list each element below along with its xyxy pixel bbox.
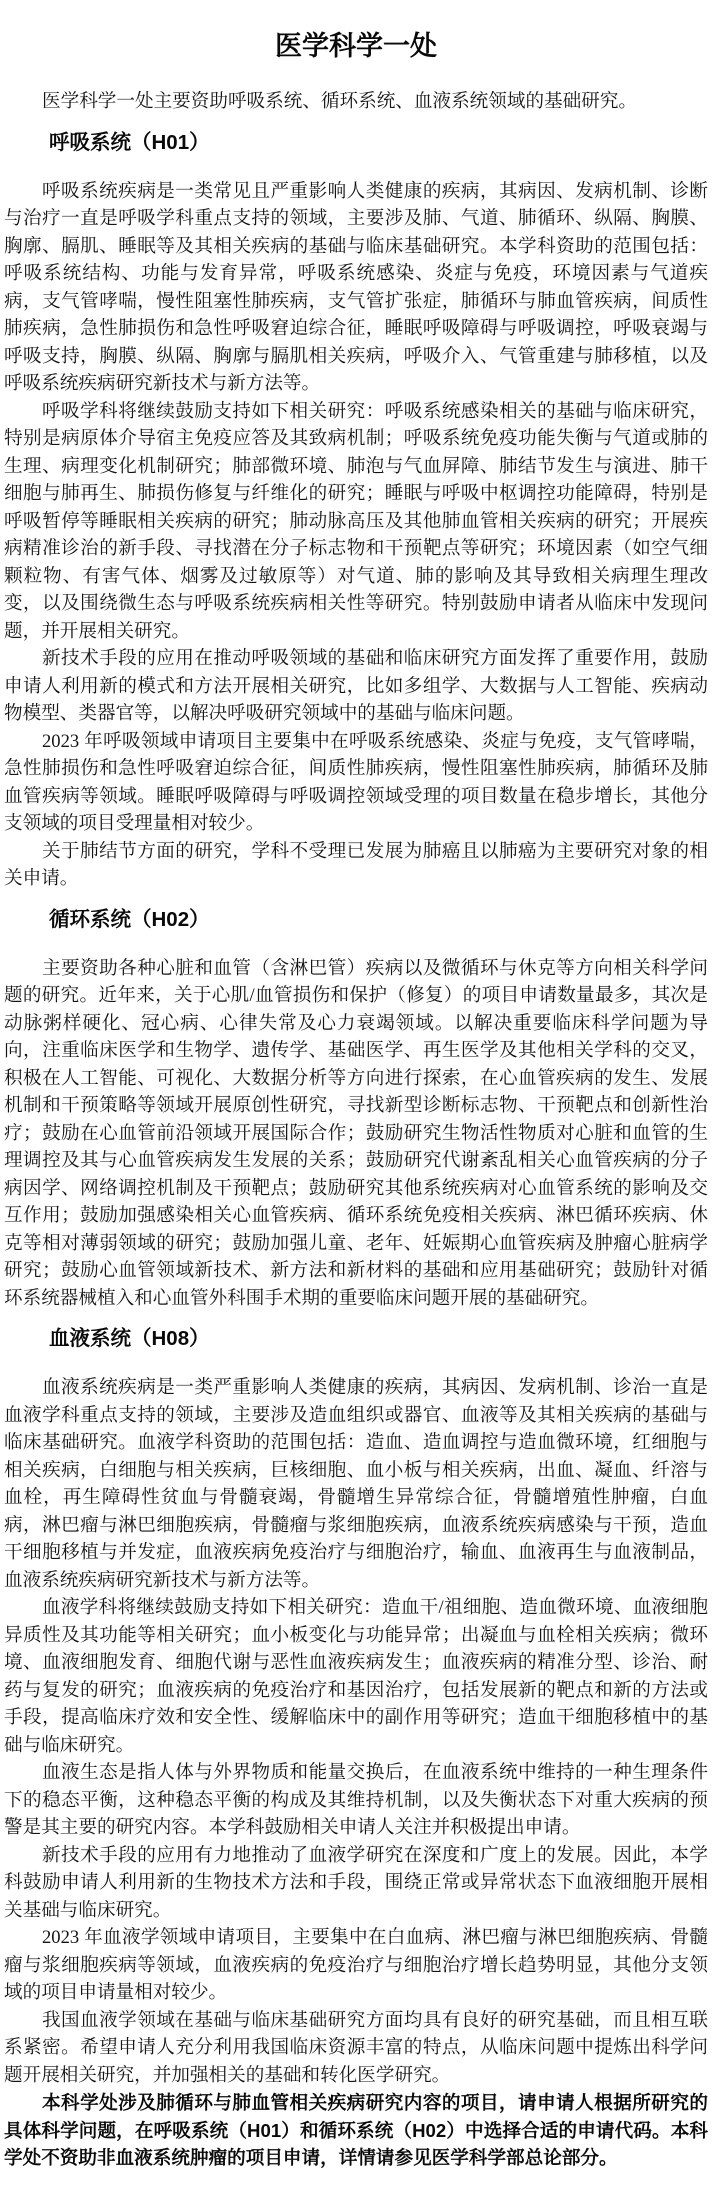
page-title: 医学科学一处 [4, 27, 708, 65]
section-respiratory: 呼吸系统（H01） 呼吸系统疾病是一类常见且严重影响人类健康的疾病，其病因、发病… [4, 128, 708, 893]
paragraph-h01-1: 呼吸系统疾病是一类常见且严重影响人类健康的疾病，其病因、发病机制、诊断与治疗一直… [4, 178, 708, 398]
paragraph-h08-6: 我国血液学领域在基础与临床基础研究方面均具有良好的研究基础，而且相互联系紧密。希… [4, 2007, 708, 2090]
section-blood: 血液系统（H08） 血液系统疾病是一类严重影响人类健康的疾病，其病因、发病机制、… [4, 1324, 708, 2089]
paragraph-h08-5: 2023 年血液学领域申请项目，主要集中在白血病、淋巴瘤与淋巴细胞疾病、骨髓瘤与… [4, 1924, 708, 2007]
section-circulatory: 循环系统（H02） 主要资助各种心脏和血管（含淋巴管）疾病以及微循环与休克等方向… [4, 905, 708, 1313]
paragraph-h02-1: 主要资助各种心脏和血管（含淋巴管）疾病以及微循环与休克等方向相关科学问题的研究。… [4, 955, 708, 1313]
intro-paragraph: 医学科学一处主要资助呼吸系统、循环系统、血液系统领域的基础研究。 [4, 88, 708, 116]
paragraph-h08-1: 血液系统疾病是一类严重影响人类健康的疾病，其病因、发病机制、诊治一直是血液学科重… [4, 1374, 708, 1594]
section-heading-h08: 血液系统（H08） [49, 1324, 708, 1354]
paragraph-h01-4: 2023 年呼吸领域申请项目主要集中在呼吸系统感染、炎症与免疫，支气管哮喘，急性… [4, 728, 708, 838]
section-heading-h02: 循环系统（H02） [49, 905, 708, 935]
paragraph-h08-3: 血液生态是指人体与外界物质和能量交换后，在血液系统中维持的一种生理条件下的稳态平… [4, 1759, 708, 1842]
paragraph-h01-5: 关于肺结节方面的研究，学科不受理已发展为肺癌且以肺癌为主要研究对象的相关申请。 [4, 838, 708, 893]
paragraph-h08-4: 新技术手段的应用有力地推动了血液学研究在深度和广度上的发展。因此，本学科鼓励申请… [4, 1842, 708, 1925]
section-heading-h01: 呼吸系统（H01） [49, 128, 708, 158]
document-page: 医学科学一处 医学科学一处主要资助呼吸系统、循环系统、血液系统领域的基础研究。 … [0, 0, 720, 2212]
paragraph-h08-2: 血液学科将继续鼓励支持如下相关研究：造血干/祖细胞、造血微环境、血液细胞异质性及… [4, 1594, 708, 1759]
paragraph-h01-2: 呼吸学科将继续鼓励支持如下相关研究：呼吸系统感染相关的基础与临床研究，特别是病原… [4, 398, 708, 646]
paragraph-h01-3: 新技术手段的应用在推动呼吸领域的基础和临床研究方面发挥了重要作用，鼓励申请人利用… [4, 645, 708, 728]
closing-paragraph: 本科学处涉及肺循环与肺血管相关疾病研究内容的项目，请申请人根据所研究的具体科学问… [4, 2089, 708, 2172]
